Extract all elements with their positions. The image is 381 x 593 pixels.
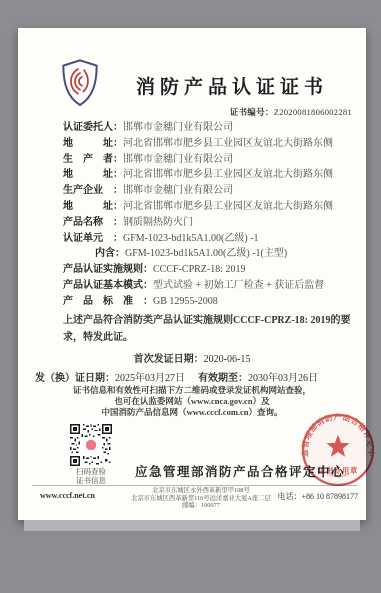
qr-code [70, 424, 112, 466]
field-address-2: 地 址：河北省邯郸市肥乡县工业园区友谊北大街路东侧 [63, 167, 363, 183]
first-issue-date: 首次发证日期：2020-06-15 [18, 350, 366, 365]
field-address-3: 地 址：河北省邯郸市肥乡县工业园区友谊北大街路东侧 [63, 199, 363, 215]
certificate-title: 消防产品认证证书 [136, 72, 328, 99]
notice-line: 证书信息和有效性可扫描下方二维码或登录发证机构网站查验， [18, 385, 366, 396]
expiry-date-label: 有效期至： [198, 373, 248, 384]
certificate-number-label: 证书编号： [230, 107, 274, 117]
footer-website: www.cccf.net.cn [40, 491, 95, 500]
first-issue-label: 首次发证日期： [134, 354, 204, 365]
issue-date-value: 2025年03月27日 [115, 373, 185, 384]
field-address-1: 地 址：河北省邯郸市肥乡县工业园区友谊北大街路东侧 [63, 136, 363, 152]
notice-line: 也可在认监委网站（www.cnca.gov.cn）及 [18, 396, 366, 407]
issue-and-expiry-dates: 发（换）证日期：2025年03月27日有效期至：2030年03月26日 [35, 369, 365, 384]
address-line: 北京市东城区永外西革新里甲108号 [116, 487, 286, 495]
field-implementation-rule: 产品认证实施规则：CCCF-CPRZ-18: 2019 [63, 262, 363, 278]
field-product-standard: 产 品 标 准 ：GB 12955-2008 [63, 294, 363, 310]
qr-caption: 扫码查验 证书信息 [68, 468, 114, 485]
field-certification-unit: 认证单元 ：GFM-1023-bd1k5A1.00(乙级) -1 [63, 231, 363, 247]
field-producer: 生 产 者：邯郸市金穗门业有限公司 [63, 152, 363, 168]
expiry-date-value: 2030年03月26日 [248, 373, 318, 384]
page-bottom-edge [24, 520, 360, 531]
field-certification-mode: 产品认证基本模式：型式试验 + 初始工厂检查 + 获证后监督 [63, 278, 363, 294]
field-product-name: 产品名称 ：钢质隔热防火门 [63, 215, 363, 231]
cccf-shield-logo [60, 58, 100, 108]
field-applicant: 认证委托人：邯郸市金穗门业有限公司 [63, 120, 363, 136]
seal-band-text: 证书专用章 [317, 466, 358, 475]
footer-phone: 电话：+86 10 87898177 [277, 491, 358, 502]
field-factory: 生产企业 ：邯郸市金穗门业有限公司 [63, 183, 363, 199]
certificate-number: 证书编号：Z2020081806002281 [230, 106, 352, 118]
conformity-statement: 上述产品符合消防类产品认证实施规则CCCF-CPRZ-18: 2019的要求，特… [63, 313, 365, 346]
certificate-fields: 认证委托人：邯郸市金穗门业有限公司 地 址：河北省邯郸市肥乡县工业园区友谊北大街… [63, 120, 363, 310]
postcode: 邮编：100077 [116, 502, 286, 510]
qr-block: 扫码查验 证书信息 [68, 424, 114, 485]
certificate-page: 消防产品认证证书 证书编号：Z2020081806002281 认证委托人：邯郸… [18, 28, 366, 520]
field-included-model: 内含：GFM-1023-bd1k5A1.00(乙级) -1(主型) [63, 246, 363, 262]
certificate-number-value: Z2020081806002281 [274, 107, 352, 117]
issue-date-label: 发（换）证日期： [35, 373, 115, 384]
footer-address: 北京市东城区永外西革新里甲108号 北京市东城区西革新里116号远洋嘉业大厦A座… [116, 487, 286, 510]
certificate-seal-stamp: 应急管理部消防产品合格评定中心 证书专用章 15210810129043 [300, 411, 376, 489]
first-issue-value: 2020-06-15 [204, 354, 251, 365]
